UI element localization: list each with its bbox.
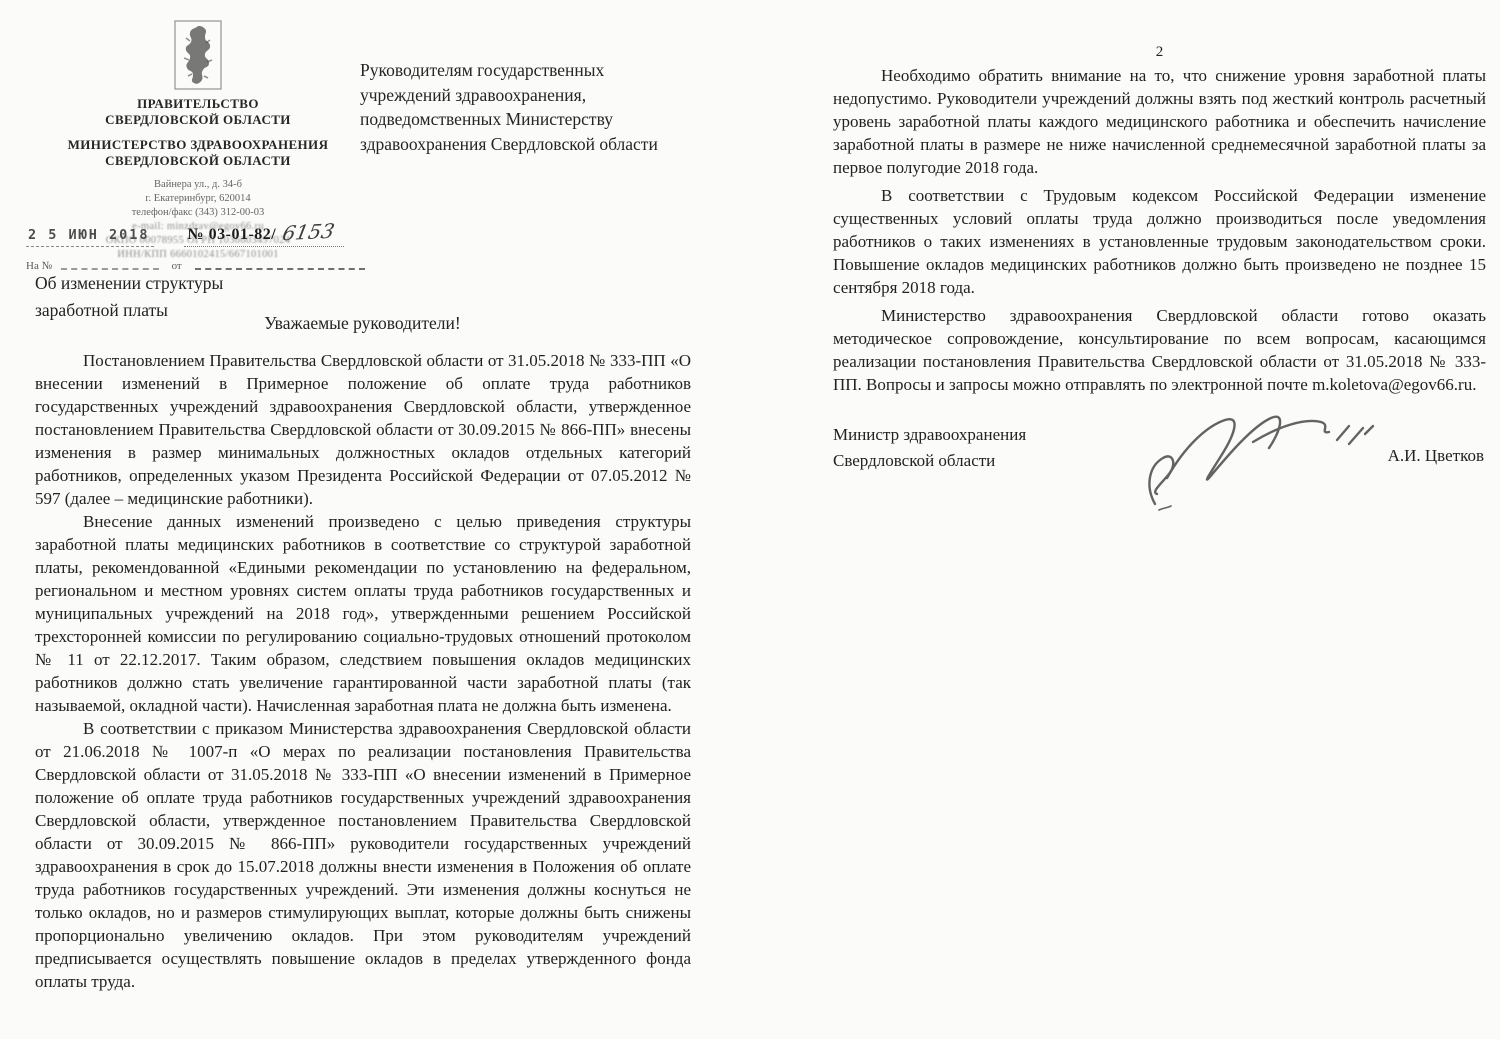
signature-icon bbox=[1133, 382, 1383, 522]
recipient-line: учреждений здравоохранения, bbox=[360, 83, 700, 108]
org-name-ministry: МИНИСТЕРСТВО ЗДРАВООХРАНЕНИЯ СВЕРДЛОВСКО… bbox=[42, 137, 354, 169]
paragraph: В соответствии с приказом Министерства з… bbox=[35, 717, 691, 993]
phone-line: телефон/факс (343) 312-00-03 bbox=[42, 206, 354, 220]
handwritten-number: 6153 bbox=[281, 219, 337, 246]
org-line: ПРАВИТЕЛЬСТВО bbox=[42, 96, 354, 112]
recipient-line: Руководителям государственных bbox=[360, 58, 700, 83]
outgoing-number-prefix: № 03-01-82/ bbox=[188, 226, 277, 243]
signer-name: А.И. Цветков bbox=[1388, 446, 1484, 466]
address-line: Вайнера ул., д. 34-б bbox=[42, 178, 354, 192]
coat-of-arms-icon bbox=[172, 18, 224, 92]
org-name-government: ПРАВИТЕЛЬСТВО СВЕРДЛОВСКОЙ ОБЛАСТИ bbox=[42, 96, 354, 128]
recipient-line: подведомственных Министерству bbox=[360, 107, 700, 132]
salutation: Уважаемые руководители! bbox=[35, 313, 690, 334]
org-line: МИНИСТЕРСТВО ЗДРАВООХРАНЕНИЯ bbox=[42, 137, 354, 153]
outgoing-number: № 03-01-82/ 6153 bbox=[184, 220, 345, 247]
paragraph: Внесение данных изменений произведено с … bbox=[35, 510, 691, 717]
address-line: г. Екатеринбург, 620014 bbox=[42, 192, 354, 206]
date-stamp: 2 5 ИЮН 2018 bbox=[26, 227, 154, 247]
paragraph: Постановлением Правительства Свердловско… bbox=[35, 349, 691, 510]
recipient-block: Руководителям государственных учреждений… bbox=[360, 58, 700, 156]
recipient-line: здравоохранения Свердловской области bbox=[360, 132, 700, 157]
paragraph: В соответствии с Трудовым кодексом Росси… bbox=[833, 184, 1486, 299]
org-line: СВЕРДЛОВСКОЙ ОБЛАСТИ bbox=[42, 112, 354, 128]
page-1-body: Постановлением Правительства Свердловско… bbox=[35, 349, 691, 993]
org-line: СВЕРДЛОВСКОЙ ОБЛАСТИ bbox=[42, 153, 354, 169]
paragraph: Необходимо обратить внимание на то, что … bbox=[833, 64, 1486, 179]
page-2-body: Необходимо обратить внимание на то, что … bbox=[833, 64, 1486, 396]
signature-block: Министр здравоохранения Свердловской обл… bbox=[833, 422, 1486, 552]
page-number: 2 bbox=[833, 44, 1486, 61]
subject-line: Об изменении структуры bbox=[35, 270, 223, 297]
registration-row: 2 5 ИЮН 2018 № 03-01-82/ 6153 bbox=[26, 220, 371, 247]
